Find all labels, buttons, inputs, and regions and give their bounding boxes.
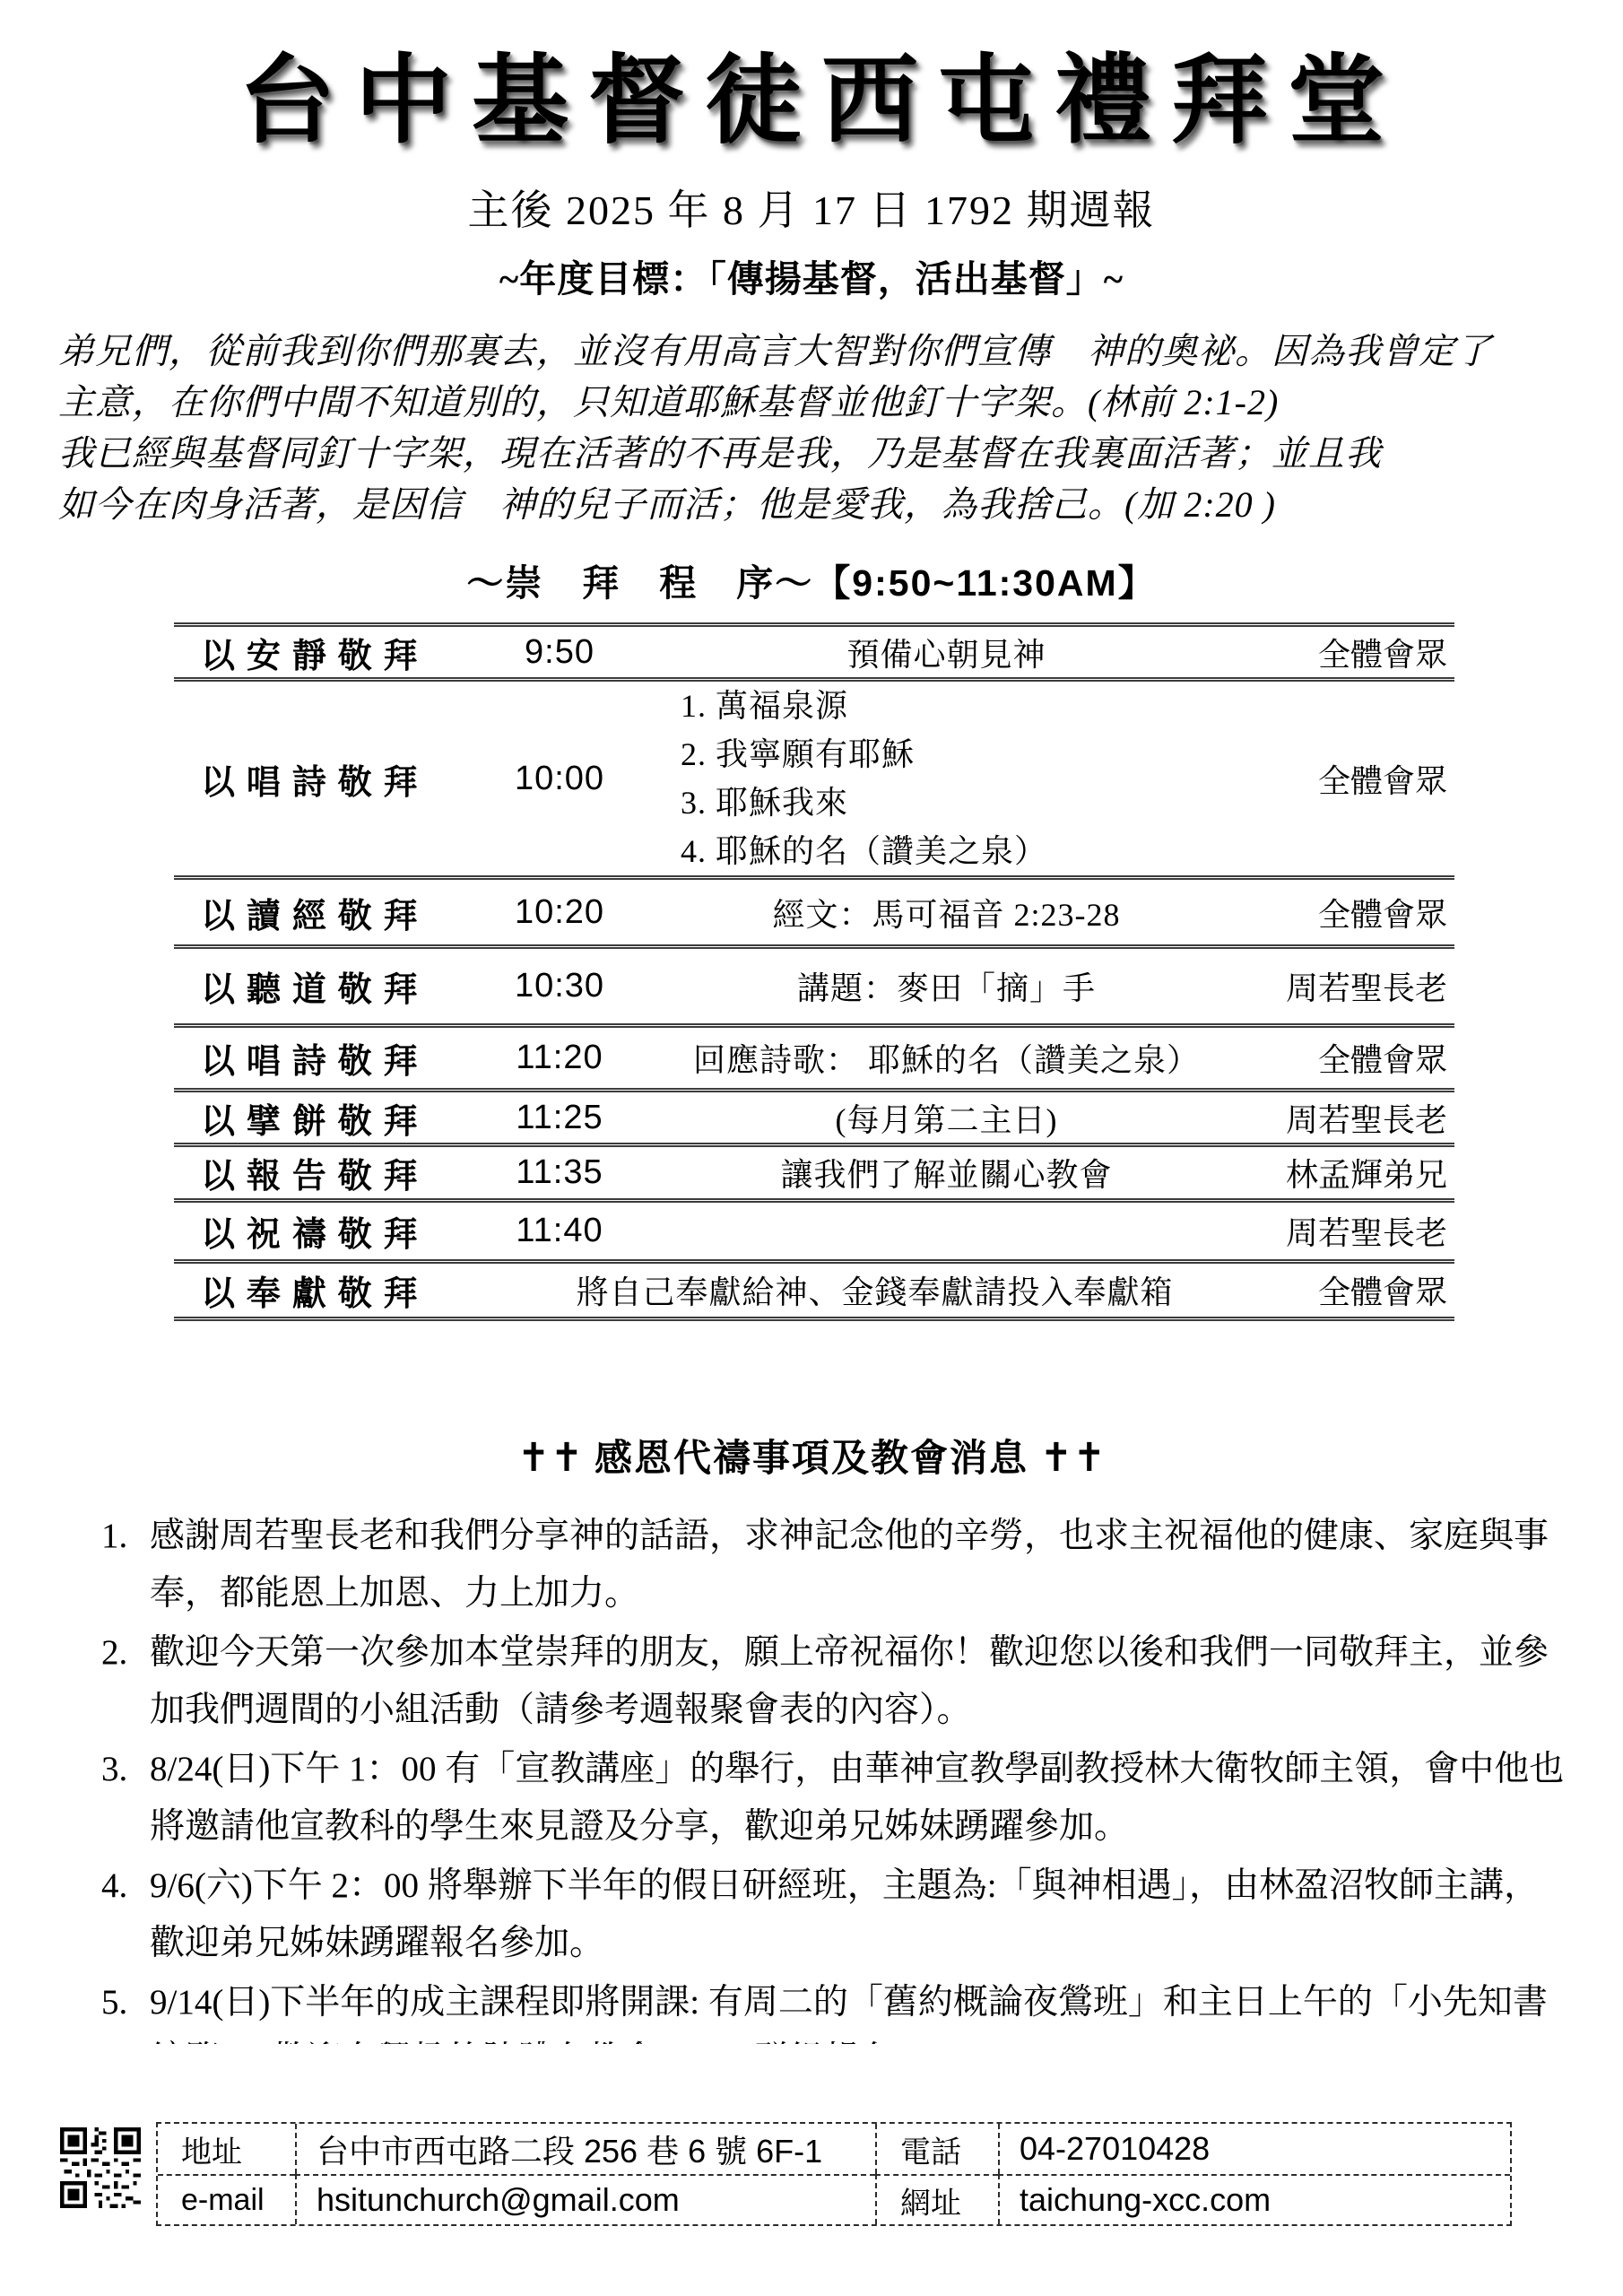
program-item-who: 全體會眾 — [1262, 630, 1454, 675]
program-item-content: (每月第二主日) — [631, 1095, 1262, 1141]
program-item-label: 以讀經敬拜 — [174, 888, 488, 937]
issue-line: 主後 2025 年 8 月 17 日 1792 期週報 — [0, 178, 1623, 237]
song-item: 2. 我寧願有耶穌 — [681, 730, 1262, 778]
program-item-who: 林孟輝弟兄 — [1262, 1150, 1454, 1196]
table-row: 以擘餅敬拜 11:25 (每月第二主日) 周若聖長老 — [174, 1092, 1454, 1147]
program-item-label: 以聽道敬拜 — [174, 961, 488, 1011]
address-label: 地址 — [158, 2124, 295, 2174]
qr-code — [59, 2127, 142, 2208]
program-item-time: 10:20 — [488, 893, 631, 932]
bulletin-page: 台中基督徒西屯禮拜堂 主後 2025 年 8 月 17 日 1792 期週報 ~… — [0, 0, 1623, 2296]
list-item-text: 感謝周若聖長老和我們分享神的話語，求神記念他的辛勞，也求主祝福他的健康、家庭與事… — [150, 1517, 1549, 1613]
phone-label: 電話 — [875, 2124, 998, 2174]
program-item-who: 周若聖長老 — [1262, 1208, 1454, 1254]
announcements-header: ✝✝ 感恩代禱事項及教會消息 ✝✝ — [0, 1429, 1623, 1483]
program-item-time: 10:00 — [488, 760, 631, 798]
church-name: 台中基督徒西屯禮拜堂 — [0, 47, 1623, 158]
website-value: taichung-xcc.com — [998, 2174, 1510, 2224]
email-value: hsitunchurch@gmail.com — [295, 2174, 875, 2224]
phone-value: 04-27010428 — [998, 2124, 1510, 2174]
song-item: 1. 萬福泉源 — [681, 682, 1262, 730]
program-item-who: 全體會眾 — [1262, 756, 1454, 802]
table-row: 以讀經敬拜 10:20 經文：馬可福音 2:23-28 全體會眾 — [174, 880, 1454, 949]
program-time-range: 【9:50~11:30AM】 — [813, 562, 1156, 604]
cross-icon: ✝✝ — [517, 1435, 584, 1481]
masthead: 台中基督徒西屯禮拜堂 主後 2025 年 8 月 17 日 1792 期週報 ~… — [0, 0, 1623, 302]
program-item-time: 11:20 — [488, 1039, 631, 1077]
program-item-label: 以唱詩敬拜 — [174, 1033, 488, 1083]
website-label: 網址 — [875, 2174, 998, 2224]
program-item-content: 讓我們了解並關心教會 — [631, 1150, 1262, 1196]
list-item-number: 5. — [101, 1974, 127, 2031]
announcements-list: 1. 感謝周若聖長老和我們分享神的話語，求神記念他的辛勞，也求主祝福他的健康、家… — [101, 1508, 1569, 2044]
program-item-label: 以唱詩敬拜 — [174, 754, 488, 804]
scripture-passage: 弟兄們，從前我到你們那裏去，並沒有用高言大智對你們宣傳 神的奧祕。因為我曾定了 … — [58, 326, 1567, 530]
scripture-line: 如今在肉身活著，是因信 神的兒子而活；他是愛我，為我捨己。(加 2:20 ) — [58, 479, 1567, 530]
program-item-label: 以擘餅敬拜 — [174, 1093, 488, 1143]
cross-icon: ✝✝ — [1040, 1435, 1107, 1481]
program-item-content: 回應詩歌： 耶穌的名（讚美之泉） — [631, 1035, 1262, 1081]
table-row: 以報告敬拜 11:35 讓我們了解並關心教會 林孟輝弟兄 — [174, 1147, 1454, 1203]
email-label: e-mail — [158, 2174, 295, 2224]
program-item-time: 11:35 — [488, 1153, 631, 1192]
list-item-text: 8/24(日)下午 1：00 有「宣教講座」的舉行，由華神宣教學副教授林大衛牧師… — [150, 1750, 1564, 1846]
announcements-title: 感恩代禱事項及教會消息 — [595, 1439, 1028, 1480]
list-item: 4. 9/6(六)下午 2：00 將舉辦下半年的假日研經班，主題為:「與神相遇」… — [101, 1857, 1569, 1972]
list-item-number: 1. — [101, 1508, 127, 1565]
annual-goal: ~年度目標：「傳揚基督，活出基督」~ — [0, 249, 1623, 302]
table-row: 以唱詩敬拜 11:20 回應詩歌： 耶穌的名（讚美之泉） 全體會眾 — [174, 1028, 1454, 1092]
program-item-time: 9:50 — [488, 633, 631, 672]
program-item-time: 11:40 — [488, 1212, 631, 1250]
table-row: 以聽道敬拜 10:30 講題：麥田「摘」手 周若聖長老 — [174, 949, 1454, 1028]
program-item-who: 周若聖長老 — [1262, 963, 1454, 1009]
program-item-label: 以安靜敬拜 — [174, 628, 488, 677]
program-item-time: 11:25 — [488, 1099, 631, 1137]
scripture-line: 我已經與基督同釘十字架，現在活著的不再是我，乃是基督在我裏面活著；並且我 — [58, 428, 1567, 479]
list-item-text: 9/14(日)下半年的成主課程即將開課: 有周二的「舊約概論夜鶯班」和主日上午的… — [150, 1983, 1548, 2044]
program-item-label: 以報告敬拜 — [174, 1148, 488, 1197]
song-item: 4. 耶穌的名（讚美之泉） — [681, 827, 1262, 875]
program-item-content: 預備心朝見神 — [631, 630, 1262, 675]
song-item: 3. 耶穌我來 — [681, 778, 1262, 827]
list-item-number: 3. — [101, 1741, 127, 1798]
program-item-content: 將自己奉獻給神、金錢奉獻請投入奉獻箱 — [488, 1267, 1262, 1313]
table-row: 以奉獻敬拜 將自己奉獻給神、金錢奉獻請投入奉獻箱 全體會眾 — [174, 1264, 1454, 1321]
program-song-list: 1. 萬福泉源 2. 我寧願有耶穌 3. 耶穌我來 4. 耶穌的名（讚美之泉） — [631, 682, 1262, 875]
program-title-text: ～崇 拜 程 序～ — [466, 562, 813, 604]
announcements-section: ✝✝ 感恩代禱事項及教會消息 ✝✝ 1. 感謝周若聖長老和我們分享神的話語，求神… — [0, 1321, 1623, 2044]
program-item-who: 全體會眾 — [1262, 1267, 1454, 1313]
list-item: 5. 9/14(日)下半年的成主課程即將開課: 有周二的「舊約概論夜鶯班」和主日… — [101, 1974, 1569, 2044]
worship-program-table: 以安靜敬拜 9:50 預備心朝見神 全體會眾 以唱詩敬拜 10:00 1. 萬福… — [174, 622, 1454, 1321]
table-row: 以祝禱敬拜 11:40 周若聖長老 — [174, 1203, 1454, 1264]
list-item-number: 4. — [101, 1857, 127, 1915]
list-item: 1. 感謝周若聖長老和我們分享神的話語，求神記念他的辛勞，也求主祝福他的健康、家… — [101, 1508, 1569, 1622]
program-item-content: 經文：馬可福音 2:23-28 — [631, 890, 1262, 935]
address-value: 台中市西屯路二段 256 巷 6 號 6F-1 — [295, 2124, 875, 2174]
program-item-who: 全體會眾 — [1262, 1035, 1454, 1081]
list-item-text: 9/6(六)下午 2：00 將舉辦下半年的假日研經班，主題為:「與神相遇」，由林… — [150, 1866, 1539, 1962]
program-item-label: 以祝禱敬拜 — [174, 1206, 488, 1256]
list-item-number: 2. — [101, 1624, 127, 1682]
program-title: ～崇 拜 程 序～【9:50~11:30AM】 — [0, 553, 1623, 606]
program-item-time: 10:30 — [488, 967, 631, 1005]
contact-table: 地址 台中市西屯路二段 256 巷 6 號 6F-1 電話 04-2701042… — [156, 2122, 1512, 2226]
program-item-who: 全體會眾 — [1262, 890, 1454, 935]
program-item-content: 講題：麥田「摘」手 — [631, 963, 1262, 1009]
list-item: 3. 8/24(日)下午 1：00 有「宣教講座」的舉行，由華神宣教學副教授林大… — [101, 1741, 1569, 1856]
list-item: 2. 歡迎今天第一次參加本堂崇拜的朋友，願上帝祝福你！歡迎您以後和我們一同敬拜主… — [101, 1624, 1569, 1739]
program-item-who: 周若聖長老 — [1262, 1095, 1454, 1141]
table-row: 以安靜敬拜 9:50 預備心朝見神 全體會眾 — [174, 627, 1454, 682]
list-item-text: 歡迎今天第一次參加本堂崇拜的朋友，願上帝祝福你！歡迎您以後和我們一同敬拜主，並參… — [150, 1633, 1549, 1729]
table-row: 以唱詩敬拜 10:00 1. 萬福泉源 2. 我寧願有耶穌 3. 耶穌我來 4.… — [174, 682, 1454, 880]
scripture-line: 弟兄們，從前我到你們那裏去，並沒有用高言大智對你們宣傳 神的奧祕。因為我曾定了 — [58, 326, 1567, 377]
scripture-line: 主意，在你們中間不知道別的，只知道耶穌基督並他釘十字架。(林前 2:1-2) — [58, 377, 1567, 428]
program-item-label: 以奉獻敬拜 — [174, 1265, 488, 1315]
